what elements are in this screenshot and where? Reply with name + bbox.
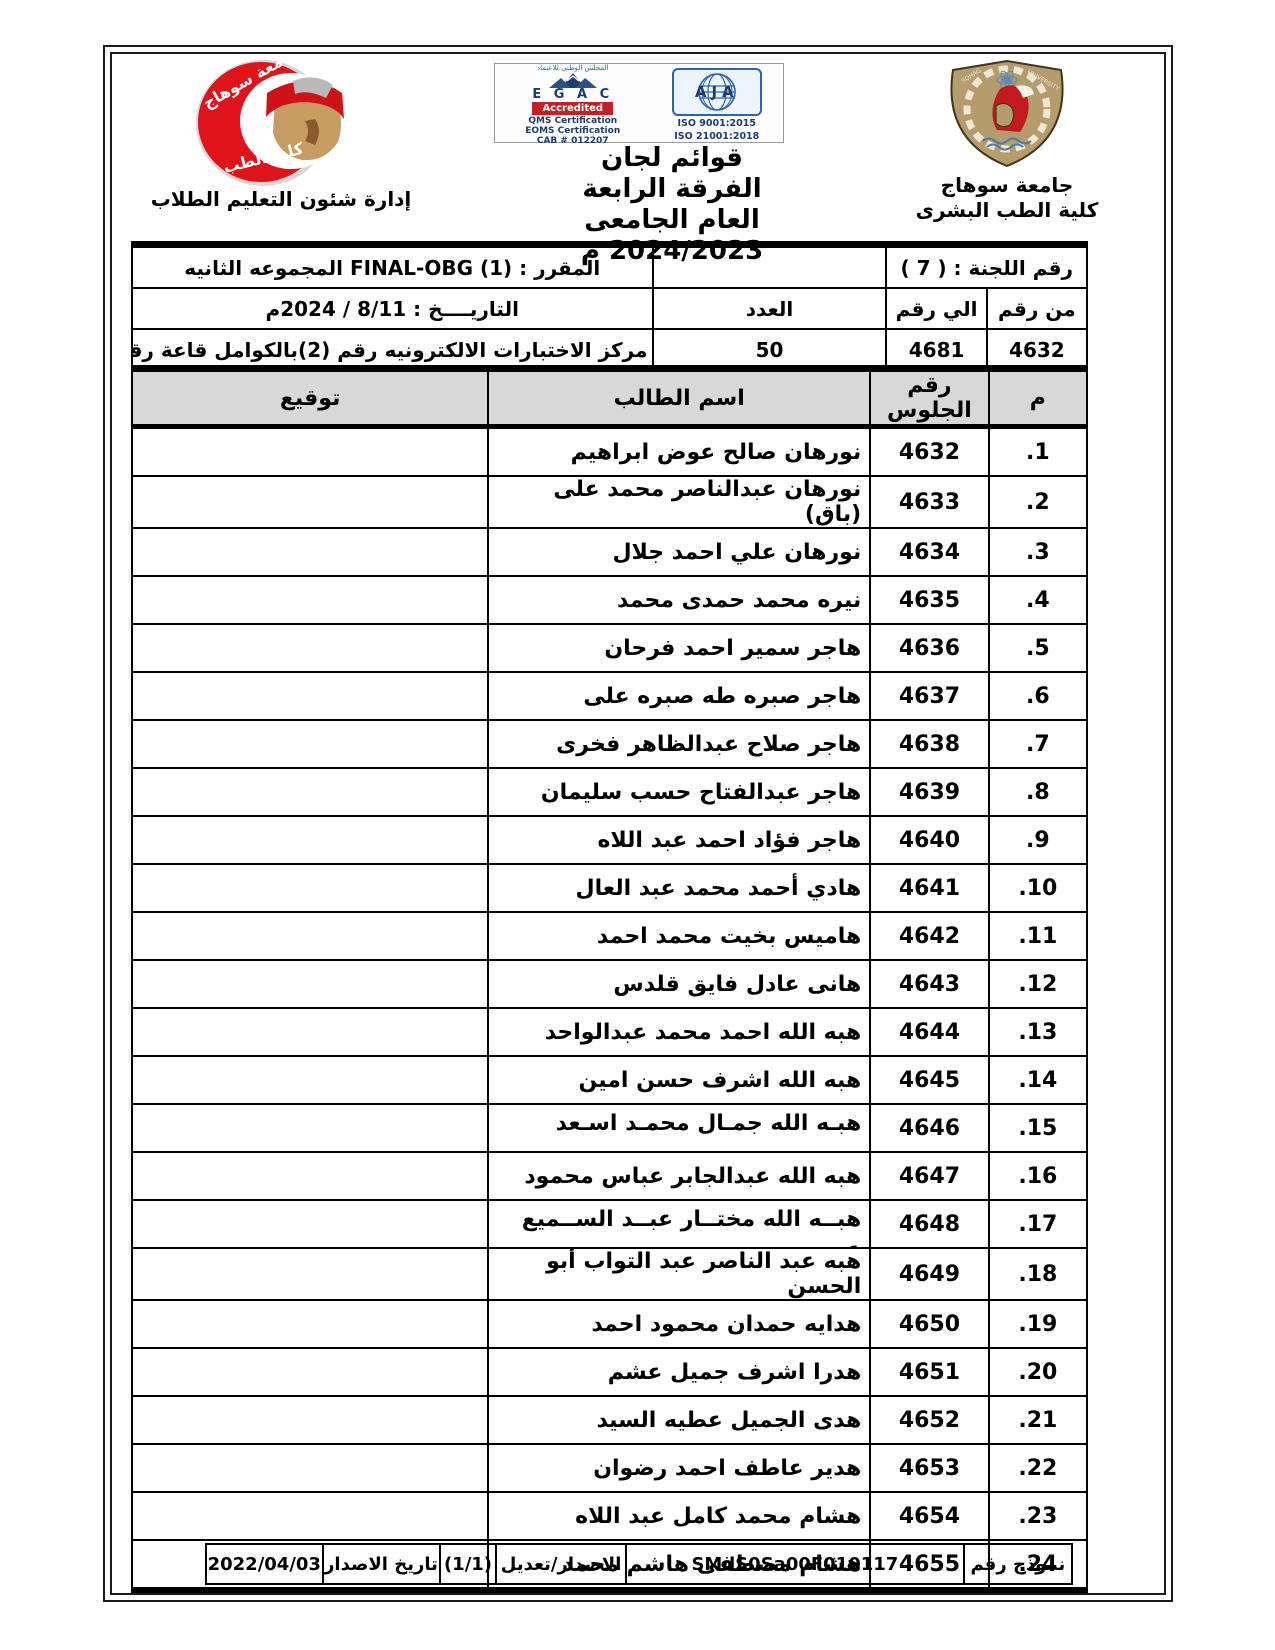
table-row: 23.4654هشام محمد كامل عبد اللاه <box>132 1492 1087 1540</box>
faculty-name: كلية الطب البشرى <box>887 198 1127 223</box>
table-row: 4.4635نيره محمد حمدى محمد <box>132 576 1087 624</box>
student-name-text: هبه عبد الناصر عبد التواب أبو الحسن <box>546 1249 861 1299</box>
table-row: 3.4634نورهان علي احمد جلال <box>132 528 1087 576</box>
egac-arabic-header: المجلس الوطنى للاعتماد <box>537 65 608 72</box>
row-seat-number: 4635 <box>870 576 988 624</box>
table-row: 11.4642هاميس بخيت محمد احمد <box>132 912 1087 960</box>
table-row: 7.4638هاجر صلاح عبدالظاهر فخرى <box>132 720 1087 768</box>
row-seat-number: 4642 <box>870 912 988 960</box>
row-index: 23. <box>989 1492 1087 1540</box>
student-name-text: هدرا اشرف جميل عشم <box>608 1360 861 1385</box>
row-index: 12. <box>989 960 1087 1008</box>
table-row: 12.4643هانى عادل فايق قلدس <box>132 960 1087 1008</box>
student-name-text: نورهان عبدالناصر محمد على (باق) <box>553 477 861 527</box>
department-label: إدارة شئون التعليم الطلاب <box>145 187 417 211</box>
row-signature-cell <box>132 816 488 864</box>
student-name-text: نيره محمد حمدى محمد <box>617 588 861 613</box>
row-index: 21. <box>989 1396 1087 1444</box>
row-student-name: هادي أحمد محمد عبد العال <box>488 864 870 912</box>
row-seat-number: 4632 <box>870 427 988 477</box>
certification-box: المجلس الوطنى للاعتماد E G A C Accredite… <box>494 63 784 143</box>
student-name-text: هادي أحمد محمد عبد العال <box>576 876 862 901</box>
from-number-value: 4632 <box>987 329 1087 370</box>
student-name-text: هاجر عبدالفتاح حسب سليمان <box>541 780 861 805</box>
row-index: 3. <box>989 528 1087 576</box>
row-seat-number: 4640 <box>870 816 988 864</box>
row-seat-number: 4643 <box>870 960 988 1008</box>
info-empty-cell <box>653 245 887 289</box>
students-rows: 1.4632نورهان صالح عوض ابراهيم2.4633نورها… <box>132 427 1087 1591</box>
student-name-text: هشام محمد كامل عبد اللاه <box>575 1504 861 1529</box>
faculty-crescent-logo: جامعة سوهاج كلية الطب <box>155 57 405 187</box>
aja-accreditation: AJA ISO 9001:2015 ISO 21001:2018 <box>651 64 783 142</box>
row-signature-cell <box>132 476 488 528</box>
row-signature-cell <box>132 864 488 912</box>
course-group: المجموعه الثانيه <box>184 256 343 280</box>
egac-cert-line2: EOMS Certification <box>525 126 620 136</box>
row-seat-number: 4647 <box>870 1152 988 1200</box>
title-line-2: الفرقة الرابعة <box>507 174 837 205</box>
row-seat-number: 4645 <box>870 1056 988 1104</box>
page-frame: جامعة سوهاج كلية الطب إدارة شئون التعليم… <box>103 45 1173 1602</box>
student-name-text: نورهان صالح عوض ابراهيم <box>571 440 862 465</box>
issue-date-label: تاريخ الاصدار <box>323 1544 440 1584</box>
row-index: 5. <box>989 624 1087 672</box>
row-index: 1. <box>989 427 1087 477</box>
row-student-name: نيره محمد حمدى محمد <box>488 576 870 624</box>
exam-location-cell: مركز الاختبارات الالكترونيه رقم (2)بالكو… <box>132 329 653 370</box>
row-index: 6. <box>989 672 1087 720</box>
row-signature-cell <box>132 576 488 624</box>
row-index: 10. <box>989 864 1087 912</box>
course-cell: المقرر : FINAL-OBG (1) المجموعه الثانيه <box>132 245 653 289</box>
egac-accredited-banner: Accredited <box>532 102 613 115</box>
table-row: 15.4646هبـه الله جمـال محمـد اسـعد محمـد… <box>132 1104 1087 1152</box>
row-signature-cell <box>132 528 488 576</box>
students-table-header-row: م رقم الجلوس اسم الطالب توقيع <box>132 369 1087 427</box>
count-value: 50 <box>653 329 887 370</box>
form-footer-table: نموذج رقم SMdS0Sa00F010117 الاصدار/تعديل… <box>205 1543 1073 1585</box>
table-row: 16.4647هبه الله عبدالجابر عباس محمود <box>132 1152 1087 1200</box>
table-row: 14.4645هبه الله اشرف حسن امين <box>132 1056 1087 1104</box>
row-seat-number: 4637 <box>870 672 988 720</box>
row-student-name: هبه الله اشرف حسن امين <box>488 1056 870 1104</box>
egac-name: E G A C <box>532 88 613 101</box>
form-number-code: SMdS0Sa00F010117 <box>626 1544 964 1584</box>
row-student-name: هاجر عبدالفتاح حسب سليمان <box>488 768 870 816</box>
aja-iso-line2: ISO 21001:2018 <box>674 131 759 142</box>
from-number-label: من رقم <box>987 288 1087 329</box>
university-name-block: جامعة سوهاج كلية الطب البشرى <box>887 173 1127 223</box>
header-index: م <box>989 369 1087 427</box>
row-student-name: هاميس بخيت محمد احمد <box>488 912 870 960</box>
crescent-logo-icon: جامعة سوهاج كلية الطب <box>155 57 405 187</box>
table-row: 17.4648هبــه الله مختــار عبــد الســميع… <box>132 1200 1087 1248</box>
row-student-name: هبه عبد الناصر عبد التواب أبو الحسن <box>488 1248 870 1300</box>
student-name-text: هدى الجميل عطيه السيد <box>596 1408 861 1433</box>
university-shield-logo: SOHAG UNIVERSITY <box>927 57 1087 171</box>
table-row: 19.4650هدايه حمدان محمود احمد <box>132 1300 1087 1348</box>
row-index: 20. <box>989 1348 1087 1396</box>
row-signature-cell <box>132 768 488 816</box>
row-student-name: نورهان صالح عوض ابراهيم <box>488 427 870 477</box>
student-name-text: نورهان علي احمد جلال <box>612 540 861 565</box>
row-seat-number: 4644 <box>870 1008 988 1056</box>
form-number-label: نموذج رقم <box>964 1544 1072 1584</box>
committee-number-cell: رقم اللجنة : ( 7 ) <box>886 245 1087 289</box>
table-row: 1.4632نورهان صالح عوض ابراهيم <box>132 427 1087 477</box>
row-signature-cell <box>132 1008 488 1056</box>
row-student-name: هبــه الله مختــار عبــد الســميع عبــدا… <box>488 1200 870 1248</box>
row-student-name: هدايه حمدان محمود احمد <box>488 1300 870 1348</box>
table-row: 18.4649هبه عبد الناصر عبد التواب أبو الح… <box>132 1248 1087 1300</box>
student-name-text: هبه الله احمد محمد عبدالواحد <box>545 1020 862 1045</box>
row-index: 19. <box>989 1300 1087 1348</box>
row-index: 14. <box>989 1056 1087 1104</box>
issue-revision-label: الاصدار/تعديل <box>496 1544 626 1584</box>
row-student-name: هدرا اشرف جميل عشم <box>488 1348 870 1396</box>
row-signature-cell <box>132 624 488 672</box>
row-signature-cell <box>132 1104 488 1152</box>
shield-logo-icon: SOHAG UNIVERSITY <box>927 57 1087 171</box>
row-student-name: هاجر فؤاد احمد عبد اللاه <box>488 816 870 864</box>
row-seat-number: 4650 <box>870 1300 988 1348</box>
row-index: 13. <box>989 1008 1087 1056</box>
row-seat-number: 4633 <box>870 476 988 528</box>
row-seat-number: 4639 <box>870 768 988 816</box>
row-signature-cell <box>132 1444 488 1492</box>
row-signature-cell <box>132 1348 488 1396</box>
student-name-text: هاجر سمير احمد فرحان <box>604 636 861 661</box>
student-name-text: هاميس بخيت محمد احمد <box>597 924 861 949</box>
header-student-name: اسم الطالب <box>488 369 870 427</box>
row-seat-number: 4648 <box>870 1200 988 1248</box>
row-seat-number: 4653 <box>870 1444 988 1492</box>
row-student-name: هانى عادل فايق قلدس <box>488 960 870 1008</box>
student-name-text: هبــه الله مختــار عبــد الســميع عبــد <box>493 1204 861 1247</box>
student-name-text: هاجر فؤاد احمد عبد اللاه <box>597 828 861 853</box>
row-student-name: هاجر صلاح عبدالظاهر فخرى <box>488 720 870 768</box>
row-seat-number: 4634 <box>870 528 988 576</box>
row-student-name: هشام محمد كامل عبد اللاه <box>488 1492 870 1540</box>
table-row: 5.4636هاجر سمير احمد فرحان <box>132 624 1087 672</box>
title-line-1: قوائم لجان <box>507 143 837 174</box>
table-row: 21.4652هدى الجميل عطيه السيد <box>132 1396 1087 1444</box>
student-name-text: هاجر صلاح عبدالظاهر فخرى <box>556 732 861 757</box>
aja-iso-line1: ISO 9001:2015 <box>678 118 756 129</box>
course-code: FINAL-OBG (1) <box>350 256 512 280</box>
row-signature-cell <box>132 1152 488 1200</box>
row-seat-number: 4646 <box>870 1104 988 1152</box>
row-student-name: هدير عاطف احمد رضوان <box>488 1444 870 1492</box>
row-signature-cell <box>132 1492 488 1540</box>
egac-accreditation: المجلس الوطنى للاعتماد E G A C Accredite… <box>495 64 651 142</box>
aja-name: AJA <box>695 83 739 101</box>
row-signature-cell <box>132 720 488 768</box>
row-index: 16. <box>989 1152 1087 1200</box>
aja-globe-icon: AJA <box>672 68 762 116</box>
table-row: 20.4651هدرا اشرف جميل عشم <box>132 1348 1087 1396</box>
to-number-value: 4681 <box>886 329 986 370</box>
students-table: م رقم الجلوس اسم الطالب توقيع 1.4632نوره… <box>131 365 1088 1593</box>
table-row: 6.4637هاجر صبره طه صبره على <box>132 672 1087 720</box>
header-seat-number: رقم الجلوس <box>870 369 988 427</box>
row-signature-cell <box>132 1300 488 1348</box>
student-name-text: هبـه الله جمـال محمـد اسـعد محمـد <box>493 1108 861 1151</box>
row-student-name: هاجر صبره طه صبره على <box>488 672 870 720</box>
table-row: 2.4633نورهان عبدالناصر محمد على (باق) <box>132 476 1087 528</box>
course-label: المقرر : <box>519 256 600 280</box>
row-signature-cell <box>132 960 488 1008</box>
row-signature-cell <box>132 912 488 960</box>
row-student-name: هبـه الله جمـال محمـد اسـعد محمـدعبدالحم… <box>488 1104 870 1152</box>
row-seat-number: 4651 <box>870 1348 988 1396</box>
row-signature-cell <box>132 1248 488 1300</box>
student-name-text: هبه الله اشرف حسن امين <box>579 1068 862 1093</box>
header-signature: توقيع <box>132 369 488 427</box>
row-seat-number: 4636 <box>870 624 988 672</box>
row-student-name: نورهان علي احمد جلال <box>488 528 870 576</box>
issue-revision-value: (1/1) <box>440 1544 496 1584</box>
row-student-name: نورهان عبدالناصر محمد على (باق) <box>488 476 870 528</box>
row-seat-number: 4638 <box>870 720 988 768</box>
egac-cert-line1: QMS Certification <box>528 116 617 126</box>
row-index: 7. <box>989 720 1087 768</box>
row-seat-number: 4641 <box>870 864 988 912</box>
row-student-name: هبه الله احمد محمد عبدالواحد <box>488 1008 870 1056</box>
university-name: جامعة سوهاج <box>887 173 1127 198</box>
row-seat-number: 4652 <box>870 1396 988 1444</box>
table-row: 8.4639هاجر عبدالفتاح حسب سليمان <box>132 768 1087 816</box>
row-signature-cell <box>132 1396 488 1444</box>
student-name-text: هدايه حمدان محمود احمد <box>591 1312 861 1337</box>
student-name-text: هاجر صبره طه صبره على <box>583 684 861 709</box>
egac-pyramid-icon <box>545 72 601 88</box>
row-seat-number: 4654 <box>870 1492 988 1540</box>
row-index: 2. <box>989 476 1087 528</box>
row-index: 18. <box>989 1248 1087 1300</box>
to-number-label: الي رقم <box>886 288 986 329</box>
row-seat-number: 4649 <box>870 1248 988 1300</box>
row-student-name: هبه الله عبدالجابر عباس محمود <box>488 1152 870 1200</box>
table-row: 9.4640هاجر فؤاد احمد عبد اللاه <box>132 816 1087 864</box>
row-index: 9. <box>989 816 1087 864</box>
committee-info-table: رقم اللجنة : ( 7 ) المقرر : FINAL-OBG (1… <box>131 241 1088 371</box>
table-row: 22.4653هدير عاطف احمد رضوان <box>132 1444 1087 1492</box>
row-student-name: هاجر سمير احمد فرحان <box>488 624 870 672</box>
row-signature-cell <box>132 672 488 720</box>
row-signature-cell <box>132 1200 488 1248</box>
row-index: 4. <box>989 576 1087 624</box>
table-row: 13.4644هبه الله احمد محمد عبدالواحد <box>132 1008 1087 1056</box>
count-label: العدد <box>653 288 887 329</box>
row-index: 8. <box>989 768 1087 816</box>
table-row: 10.4641هادي أحمد محمد عبد العال <box>132 864 1087 912</box>
exam-date-cell: التاريــــخ : 8/11 / 2024م <box>132 288 653 329</box>
issue-date-value: 2022/04/03 <box>206 1544 323 1584</box>
row-index: 22. <box>989 1444 1087 1492</box>
row-student-name: هدى الجميل عطيه السيد <box>488 1396 870 1444</box>
row-index: 15. <box>989 1104 1087 1152</box>
row-signature-cell <box>132 427 488 477</box>
row-signature-cell <box>132 1056 488 1104</box>
row-index: 11. <box>989 912 1087 960</box>
student-name-text: هبه الله عبدالجابر عباس محمود <box>524 1164 861 1189</box>
row-index: 17. <box>989 1200 1087 1248</box>
student-name-text: هانى عادل فايق قلدس <box>613 972 861 997</box>
student-name-text: هدير عاطف احمد رضوان <box>593 1456 861 1481</box>
